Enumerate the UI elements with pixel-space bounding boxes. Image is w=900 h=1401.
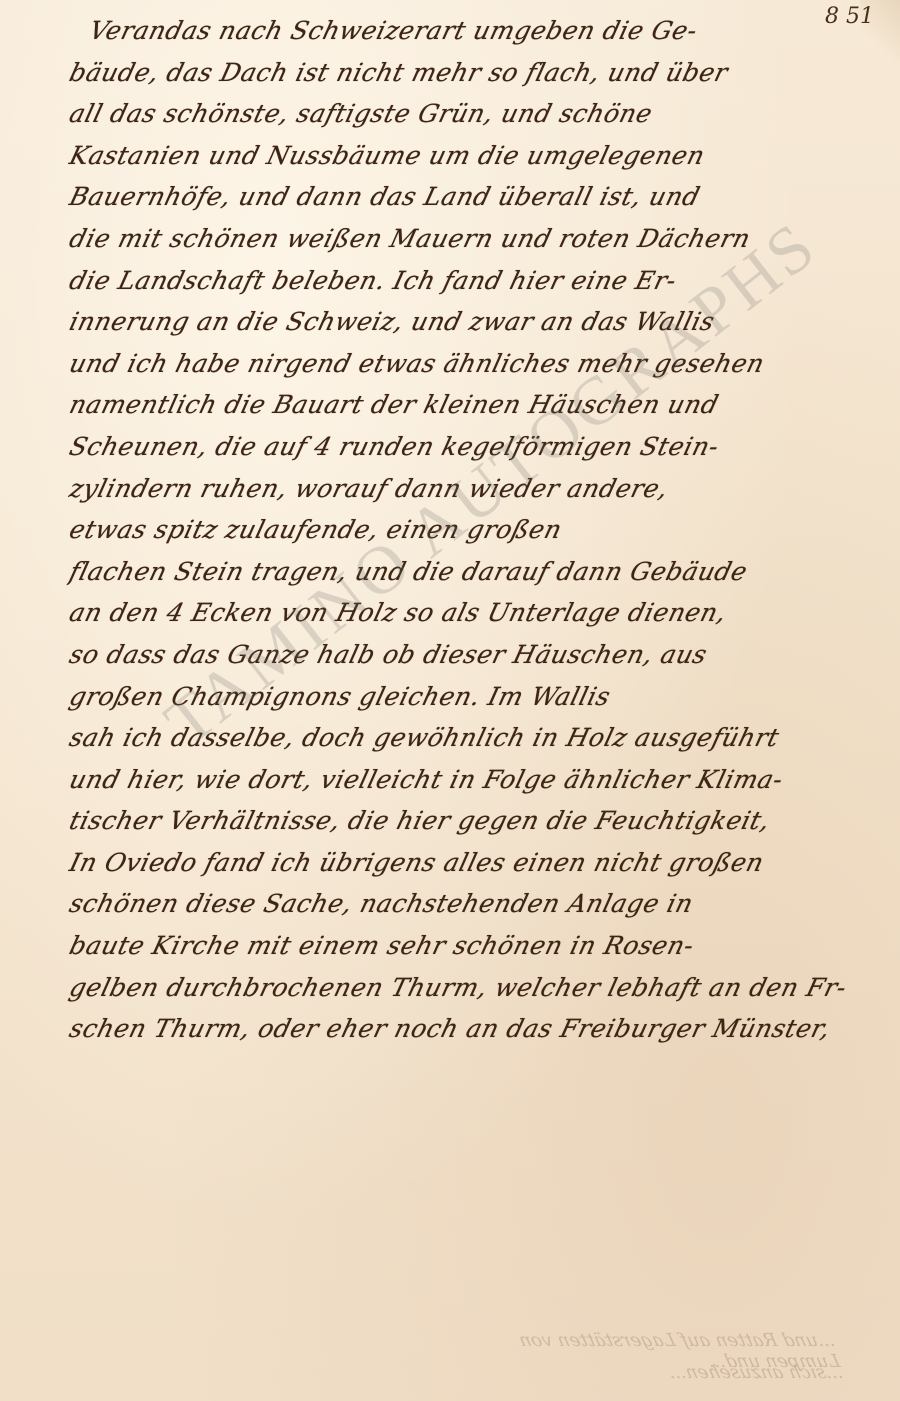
text-line: und hier, wie dort, vielleicht in Folge …: [65, 759, 875, 801]
letter-page: 8 51 Verandas nach Schweizerart umgeben …: [0, 0, 900, 1401]
bleed-line: ...und Ratten auf Lagerstätten von Lumpe…: [472, 1330, 840, 1362]
text-line: gelben durchbrochenen Thurm, welcher leb…: [65, 967, 875, 1009]
text-line: schen Thurm, oder eher noch an das Freib…: [65, 1008, 875, 1050]
text-line: namentlich die Bauart der kleinen Häusch…: [65, 384, 875, 426]
text-line: In Oviedo fand ich übrigens alles einen …: [65, 842, 875, 884]
bleed-line: ...sich anzusehen...: [480, 1362, 848, 1394]
text-line: schönen diese Sache, nachstehenden Anlag…: [65, 883, 875, 925]
text-line: und ich habe nirgend etwas ähnliches meh…: [65, 343, 875, 385]
text-line: bäude, das Dach ist nicht mehr so flach,…: [65, 52, 875, 94]
text-line: flachen Stein tragen, und die darauf dan…: [65, 551, 875, 593]
text-line: Verandas nach Schweizerart umgeben die G…: [65, 10, 875, 52]
text-line: Bauernhöfe, und dann das Land überall is…: [65, 176, 875, 218]
text-line: Kastanien und Nussbäume um die umgelegen…: [65, 135, 875, 177]
text-line: so dass das Ganze halb ob dieser Häusche…: [65, 634, 875, 676]
text-line: all das schönste, saftigste Grün, und sc…: [65, 93, 875, 135]
text-line: baute Kirche mit einem sehr schönen in R…: [65, 925, 875, 967]
bleed-through-text: ...und Ratten auf Lagerstätten von Lumpe…: [472, 1330, 848, 1394]
text-line: an den 4 Ecken von Holz so als Unterlage…: [65, 592, 875, 634]
text-line: tischer Verhältnisse, die hier gegen die…: [65, 800, 875, 842]
